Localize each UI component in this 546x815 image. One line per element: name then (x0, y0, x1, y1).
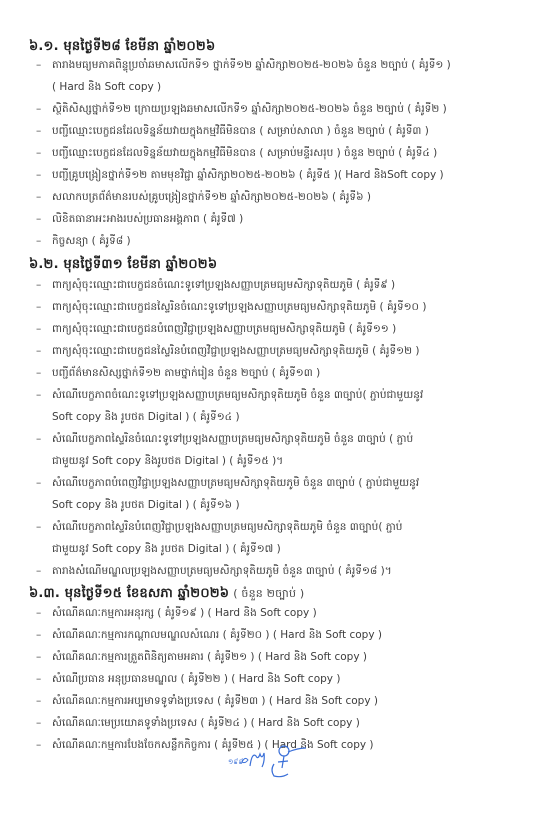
list-item: –សំណើបេក្ខភាពស្ទៃរិនចំណេះទូទៅប្រឡងសញ្ញាប… (52, 428, 532, 472)
item-text: បញ្ជីឈ្មោះបេក្ខជនដែលទិន្នន័យវាយក្នុងកម្ម… (52, 142, 532, 164)
item-text: សលាកបត្រព័ត៌មានរបស់គ្រូបង្រៀនថ្នាក់ទី១២ … (52, 186, 532, 208)
dash-bullet: – (36, 646, 41, 668)
item-text: សំណើបេក្ខភាពចំណេះទូទៅប្រឡងសញ្ញាបត្រមធ្យម… (52, 384, 532, 406)
dash-bullet: – (36, 602, 41, 624)
list-item: –ពាក្យសុំចុះឈ្មោះជាបេក្ខជនស្ទៃរិនចំណេះទូ… (52, 296, 532, 318)
item-text-cont: ជាមួយនូវ Soft copy និង រូបថត Digital ) (… (52, 538, 532, 560)
item-text: សំណើបេក្ខភាពស្ទៃរិនចំណេះទូទៅប្រឡងសញ្ញាបត… (52, 428, 532, 450)
dash-bullet: – (36, 142, 41, 164)
item-text: ស្ថិតិសិស្សថ្នាក់ទី១២ ក្រោយប្រឡងឆមាសលើកទ… (52, 98, 532, 120)
dash-bullet: – (36, 384, 41, 406)
dash-bullet: – (36, 296, 41, 318)
list-item: –សំណើគណៈកម្មការអនុរក្ស ( គំរូទី១៩ ) ( Ha… (52, 602, 532, 624)
item-text-cont: ជាមួយនូវ Soft copy និងរូបថត Digital ) ( … (52, 450, 532, 472)
list-item: –សំណើគណៈមេប្រយោគទូទាំងប្រទេស ( គំរូទី២៤ … (52, 712, 532, 734)
item-text-cont: Soft copy និង រូបថត Digital ) ( គំរូទី១៤… (52, 406, 532, 428)
list-item: –ពាក្យសុំចុះឈ្មោះជាបេក្ខជនបំពេញវិជ្ជាប្រ… (52, 318, 532, 340)
heading-text: ៦.១. មុនថ្ងៃទី២៨ ខែមីនា ឆ្នាំ២០២៦ (29, 39, 215, 54)
dash-bullet: – (36, 472, 41, 494)
list-item: –សំណើបេក្ខភាពចំណេះទូទៅប្រឡងសញ្ញាបត្រមធ្យ… (52, 384, 532, 428)
dash-bullet: – (36, 164, 41, 186)
item-text: សំណើគណៈកម្មការកណ្ដាលមណ្ឌលសំណេរ ( គំរូទី២… (52, 624, 532, 646)
list-item: –សំណើបេក្ខភាពស្ទៃរិនបំពេញវិជ្ជាប្រឡងសញ្ញ… (52, 516, 532, 560)
dash-bullet: – (36, 734, 41, 756)
item-text: សំណើគណៈមេប្រយោគទូទាំងប្រទេស ( គំរូទី២៤ )… (52, 712, 532, 734)
heading-text: ៦.៣. មុនថ្ងៃទី១៥ ខែឧសភា ឆ្នាំ២០២៦ (29, 586, 229, 601)
list-item: –លិខិតធានាអះអាងរបស់ប្រធានអង្គភាព ( គំរូទ… (52, 208, 532, 230)
item-text: សំណើគណៈកម្មការត្រួតពិនិត្យតាមអគារ ( គំរូ… (52, 646, 532, 668)
list-item: –តារាងសំណើមណ្ឌលប្រឡងសញ្ញាបត្រមធ្យមសិក្សា… (52, 560, 532, 582)
dash-bullet: – (36, 560, 41, 582)
item-text: ពាក្យសុំចុះឈ្មោះជាបេក្ខជនស្ទៃរិនចំណេះទូទ… (52, 296, 532, 318)
dash-bullet: – (36, 98, 41, 120)
list-item: –បញ្ជីឈ្មោះបេក្ខជនដែលទិន្នន័យវាយក្នុងកម្… (52, 120, 532, 142)
dash-bullet: – (36, 186, 41, 208)
list-item: –សំណើគណៈកម្មការកណ្ដាលមណ្ឌលសំណេរ ( គំរូទី… (52, 624, 532, 646)
dash-bullet: – (36, 120, 41, 142)
dash-bullet: – (36, 230, 41, 252)
document-page: ៦.១. មុនថ្ងៃទី២៨ ខែមីនា ឆ្នាំ២០២៦ –តារាង… (0, 0, 546, 815)
item-text: សំណើគណៈកម្មការអប្បមាទទូទាំងប្រទេស ( គំរូ… (52, 690, 532, 712)
dash-bullet: – (36, 54, 41, 76)
dash-bullet: – (36, 712, 41, 734)
dash-bullet: – (36, 340, 41, 362)
item-text: ពាក្យសុំចុះឈ្មោះជាបេក្ខជនចំណេះទូទៅប្រឡងស… (52, 274, 532, 296)
dash-bullet: – (36, 690, 41, 712)
item-text: សំណើគណៈកម្មការអនុរក្ស ( គំរូទី១៩ ) ( Har… (52, 602, 532, 624)
list-item: –សំណើគណៈកម្មការអប្បមាទទូទាំងប្រទេស ( គំរ… (52, 690, 532, 712)
list-item: –ពាក្យសុំចុះឈ្មោះជាបេក្ខជនចំណេះទូទៅប្រឡង… (52, 274, 532, 296)
heading-note: ( ចំនួន ២ច្បាប់ ) (233, 587, 304, 600)
list-item: –បញ្ជីឈ្មោះបេក្ខជនដែលទិន្នន័យវាយក្នុងកម្… (52, 142, 532, 164)
item-text: លិខិតធានាអះអាងរបស់ប្រធានអង្គភាព ( គំរូទី… (52, 208, 532, 230)
item-text: សំណើបេក្ខភាពស្ទៃរិនបំពេញវិជ្ជាប្រឡងសញ្ញា… (52, 516, 532, 538)
signature-icon: ១៩៩ (228, 742, 308, 782)
dash-bullet: – (36, 274, 41, 296)
section-heading-6-2: ៦.២. មុនថ្ងៃទី៣១ ខែមីនា ឆ្នាំ២០២៦ (29, 256, 217, 275)
item-text: សំណើបេក្ខភាពបំពេញវិជ្ជាប្រឡងសញ្ញាបត្រមធ្… (52, 472, 532, 494)
list-item: –ពាក្យសុំចុះឈ្មោះជាបេក្ខជនស្ទៃរិនបំពេញវិ… (52, 340, 532, 362)
dash-bullet: – (36, 362, 41, 384)
list-item: –សំណើប្រធាន អនុប្រធានមណ្ឌល ( គំរូទី២២ ) … (52, 668, 532, 690)
list-item: –សំណើបេក្ខភាពបំពេញវិជ្ជាប្រឡងសញ្ញាបត្រមធ… (52, 472, 532, 516)
list-item: –បញ្ជីគ្រូបង្រៀនថ្នាក់ទី១២ តាមមុខវិជ្ជា … (52, 164, 532, 186)
item-text-cont: Soft copy និង រូបថត Digital ) ( គំរូទី១៦… (52, 494, 532, 516)
dash-bullet: – (36, 208, 41, 230)
dash-bullet: – (36, 668, 41, 690)
item-text: សំណើប្រធាន អនុប្រធានមណ្ឌល ( គំរូទី២២ ) (… (52, 668, 532, 690)
dash-bullet: – (36, 318, 41, 340)
heading-text: ៦.២. មុនថ្ងៃទី៣១ ខែមីនា ឆ្នាំ២០២៦ (29, 257, 217, 272)
dash-bullet: – (36, 516, 41, 538)
list-item: –ស្ថិតិសិស្សថ្នាក់ទី១២ ក្រោយប្រឡងឆមាសលើក… (52, 98, 532, 120)
item-text: កិច្ចសន្យា ( គំរូទី៨ ) (52, 230, 532, 252)
item-text: ពាក្យសុំចុះឈ្មោះជាបេក្ខជនបំពេញវិជ្ជាប្រឡ… (52, 318, 532, 340)
svg-text:១៩៩: ១៩៩ (228, 758, 243, 766)
list-item: –សំណើគណៈកម្មការត្រួតពិនិត្យតាមអគារ ( គំរ… (52, 646, 532, 668)
list-item: –សលាកបត្រព័ត៌មានរបស់គ្រូបង្រៀនថ្នាក់ទី១២… (52, 186, 532, 208)
list-item: –តារាងមធ្យមភាគពិន្ទុប្រចាំឆមាសលើកទី១ ថ្ន… (52, 54, 532, 98)
dash-bullet: – (36, 428, 41, 450)
list-item: –បញ្ជីព័ត៌មានសិស្សថ្នាក់ទី១២ តាមថ្នាក់រៀ… (52, 362, 532, 384)
item-text: បញ្ជីគ្រូបង្រៀនថ្នាក់ទី១២ តាមមុខវិជ្ជា ឆ… (52, 164, 532, 186)
item-text: បញ្ជីឈ្មោះបេក្ខជនដែលទិន្នន័យវាយក្នុងកម្ម… (52, 120, 532, 142)
item-text: ពាក្យសុំចុះឈ្មោះជាបេក្ខជនស្ទៃរិនបំពេញវិជ… (52, 340, 532, 362)
item-text: តារាងសំណើមណ្ឌលប្រឡងសញ្ញាបត្រមធ្យមសិក្សាទ… (52, 560, 532, 582)
item-text: បញ្ជីព័ត៌មានសិស្សថ្នាក់ទី១២ តាមថ្នាក់រៀន… (52, 362, 532, 384)
item-text-cont: ( Hard និង Soft copy ) (52, 76, 532, 98)
list-item: –កិច្ចសន្យា ( គំរូទី៨ ) (52, 230, 532, 252)
item-text: តារាងមធ្យមភាគពិន្ទុប្រចាំឆមាសលើកទី១ ថ្នា… (52, 54, 532, 76)
dash-bullet: – (36, 624, 41, 646)
